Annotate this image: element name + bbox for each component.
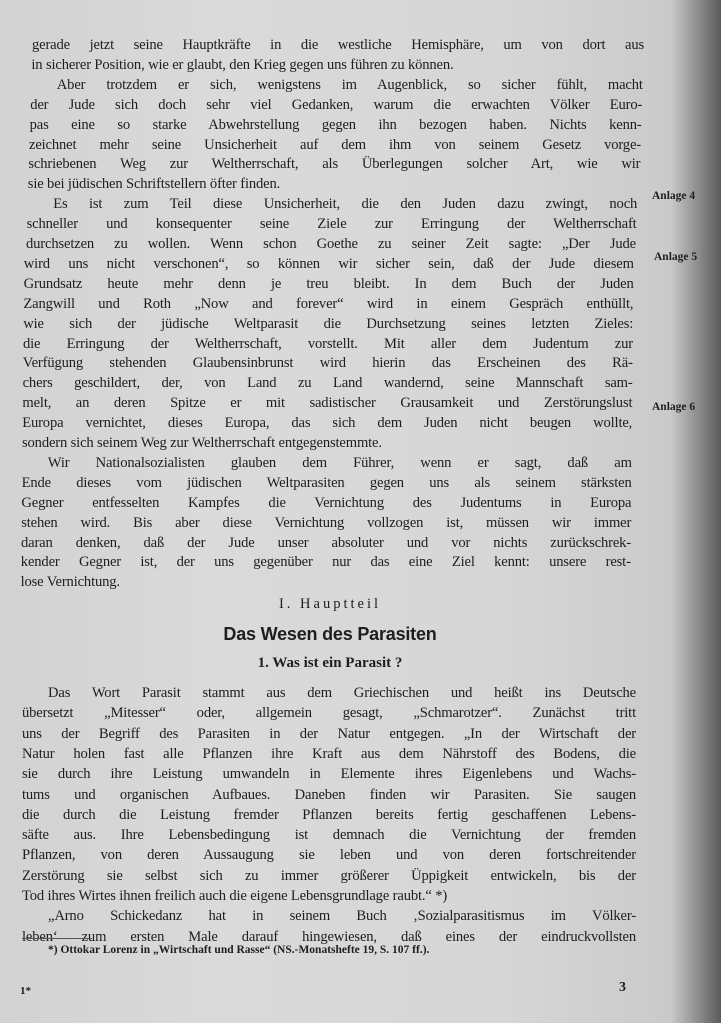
text-line: tums und organischen Aufbaues. Daneben f…	[22, 786, 636, 804]
text-line: leben‘ zum ersten Male darauf hingewiese…	[22, 928, 636, 946]
text-line: Zangwill und Roth „Now and forever“ wird…	[23, 295, 633, 313]
text-line: Das Wort Parasit stammt aus dem Griechis…	[48, 684, 636, 702]
margin-note-anlage-5: Anlage 5	[654, 251, 697, 263]
text-line: der Jude sich doch sehr viel Gedanken, w…	[30, 96, 642, 114]
footnote: *) Ottokar Lorenz in „Wirtschaft und Ras…	[48, 944, 429, 956]
text-line: in sicherer Position, wie er glaubt, den…	[31, 56, 643, 74]
text-line: Gegner entfesselten Kampfes die Vernicht…	[21, 494, 631, 512]
text-line: Ende dieses vom jüdischen Weltparasiten …	[22, 474, 632, 492]
text-line: säfte aus. Ihre Lebensbedingung ist demn…	[22, 826, 636, 844]
page-number: 3	[619, 980, 626, 996]
text-line: gerade jetzt seine Hauptkräfte in die we…	[32, 36, 644, 54]
text-line: pas eine so starke Abwehrstellung gegen …	[30, 116, 642, 134]
text-line: Natur holen fast alle Pflanzen ihre Kraf…	[22, 745, 636, 763]
margin-note-anlage-4: Anlage 4	[652, 190, 695, 202]
section-label: I. Hauptteil	[0, 596, 660, 613]
text-line: die durch die Leistung fremder Pflanzen …	[22, 806, 636, 824]
text-line: zeichnet mehr seine Unsicherheit auf dem…	[29, 136, 641, 154]
text-line: Pflanzen, von deren Aussaugung sie leben…	[22, 846, 636, 864]
text-line: die Erringung der Weltherrschaft, vorste…	[23, 335, 633, 353]
text-line: stehen wird. Bis aber diese Vernichtung …	[21, 514, 631, 532]
text-line: Verfügung stehenden Glaubensinbrunst wir…	[23, 354, 633, 372]
text-line: Es ist zum Teil diese Unsicherheit, die …	[53, 195, 637, 213]
footnote-separator	[22, 938, 92, 939]
text-line: sie bei jüdischen Schriftstellern öfter …	[28, 175, 640, 193]
text-line: Grundsatz heute mehr denn je treu bleibt…	[24, 275, 634, 293]
text-line: wie sich der jüdische Weltparasit die Du…	[23, 315, 633, 333]
book-page: gerade jetzt seine Hauptkräfte in die we…	[0, 0, 721, 1023]
text-line: Aber trotzdem er sich, wenigstens im Aug…	[57, 76, 643, 94]
text-line: uns der Begriff des Parasiten in der Nat…	[22, 725, 636, 743]
text-line: daran denken, daß der Jude unser absolut…	[21, 534, 631, 552]
text-line: kender Gegner ist, der uns gegenüber nur…	[21, 553, 631, 571]
text-line: chers geschildert, der, von Land zu Land…	[23, 374, 633, 392]
text-line: „Arno Schickedanz hat in seinem Buch ‚So…	[48, 907, 636, 925]
text-line: übersetzt „Mitesser“ oder, allgemein ges…	[22, 704, 636, 722]
text-line: Zerstörung sie selbst sich zu immer größ…	[22, 867, 636, 885]
text-line: schneller und konsequenter seine Ziele z…	[27, 215, 637, 233]
text-line: Tod ihres Wirtes ihnen freilich auch die…	[22, 887, 636, 905]
text-line: melt, an deren Spitze er mit sadistische…	[22, 394, 632, 412]
text-line: sondern sich seinem Weg zur Weltherrscha…	[22, 434, 632, 452]
text-line: lose Vernichtung.	[21, 573, 631, 591]
text-line: schriebenen Weg zur Weltherrschaft, als …	[28, 155, 640, 173]
text-line: Europa vernichtet, dieses Europa, das si…	[22, 414, 632, 432]
section-title: Das Wesen des Parasiten	[0, 624, 660, 645]
text-line: durchsetzen zu wollen. Wenn schon Goethe…	[26, 235, 636, 253]
text-line: Wir Nationalsozialisten glauben dem Führ…	[48, 454, 632, 472]
text-line: wird uns nicht verschonen“, so können wi…	[24, 255, 634, 273]
text-line: sie durch ihre Leistung umwandeln in Ele…	[22, 765, 636, 783]
subsection-title: 1. Was ist ein Parasit ?	[0, 655, 660, 672]
margin-note-anlage-6: Anlage 6	[652, 401, 695, 413]
signature-mark: 1*	[20, 985, 31, 997]
